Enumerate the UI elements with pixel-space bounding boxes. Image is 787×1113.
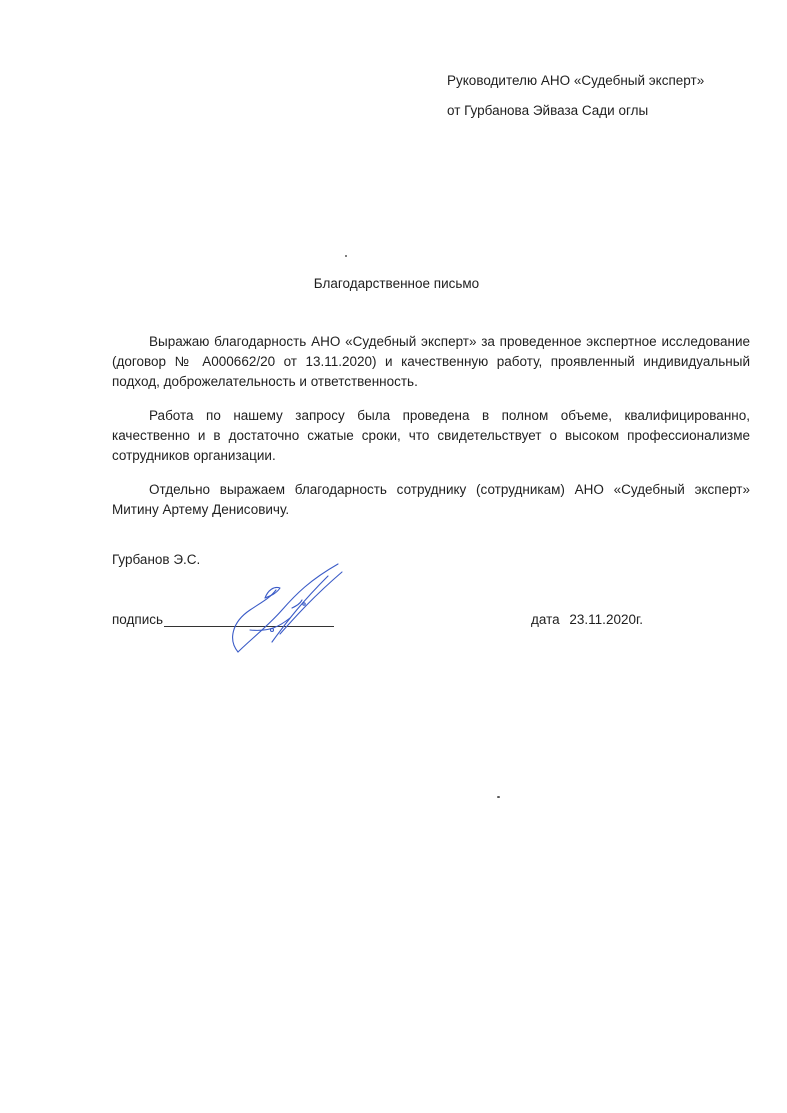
paragraph-3: Отдельно выражаем благодарность сотрудни… xyxy=(112,480,750,520)
scan-speck xyxy=(345,255,347,257)
signature-label: подпись xyxy=(112,612,163,627)
addressee-block: Руководителю АНО «Судебный эксперт» от Г… xyxy=(447,66,704,126)
paragraph-1: Выражаю благодарность АНО «Судебный эксп… xyxy=(112,332,750,392)
letter-title: Благодарственное письмо xyxy=(0,276,787,291)
addressee-sender: от Гурбанова Эйваза Сади оглы xyxy=(447,96,704,126)
letter-page: Руководителю АНО «Судебный эксперт» от Г… xyxy=(0,0,787,1113)
signer-name: Гурбанов Э.С. xyxy=(112,552,200,567)
scan-speck xyxy=(497,796,500,798)
date-value: 23.11.2020г. xyxy=(569,612,643,627)
addressee-recipient: Руководителю АНО «Судебный эксперт» xyxy=(447,66,704,96)
letter-body: Выражаю благодарность АНО «Судебный эксп… xyxy=(112,332,750,534)
date-label: дата xyxy=(531,612,560,627)
paragraph-2: Работа по нашему запросу была проведена … xyxy=(112,406,750,466)
date-block: дата 23.11.2020г. xyxy=(531,612,643,627)
handwritten-signature-icon xyxy=(210,560,360,660)
